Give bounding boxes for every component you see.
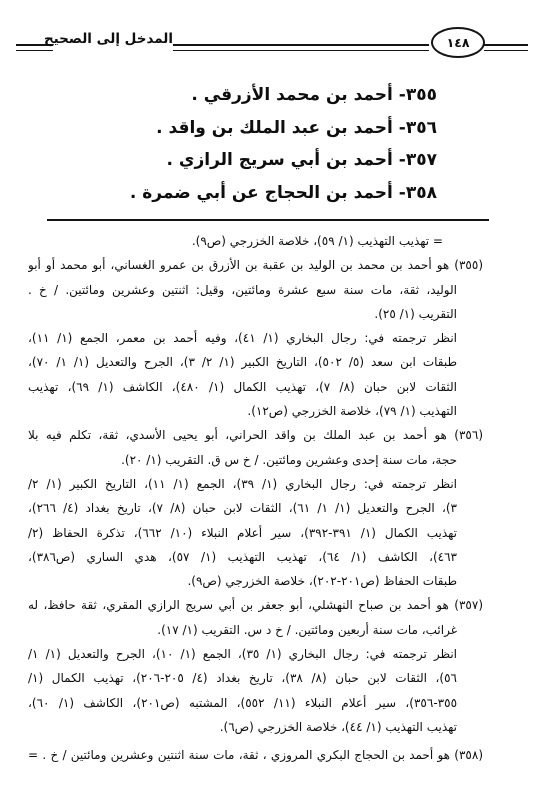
footnote-line: (٣٥٨) هو أحمد بن الحجاج البكري المروزي ،… xyxy=(28,743,483,767)
footnote-line: انظر ترجمته في: رجال البخاري (١/ ٣٥)، ال… xyxy=(28,642,457,666)
footnote-line: ٣)، الجرح والتعديل (١/ ١/ ٦١)، الثقات لا… xyxy=(28,496,457,520)
footnote-line: (٣٥٧) هو أحمد بن صباح النهشلي، أبو جعفر … xyxy=(28,593,483,617)
book-title: المدخل إلى الصحيح xyxy=(53,31,173,47)
header-rule-middle xyxy=(173,44,429,51)
entry-line: ٣٥٥- أحمد بن محمد الأزرقي . xyxy=(60,79,437,112)
footnote-separator xyxy=(47,219,489,221)
footnote-line: تهذيب الكمال (١/ ٣٩١-٣٩٢)، سير أعلام الن… xyxy=(28,521,457,545)
footnote-line: (٣٥٦) هو أحمد بن عبد الملك بن واقد الحرا… xyxy=(28,423,483,447)
footnote-line: انظر ترجمته في: رجال البخاري (١/ ٣٩)، ال… xyxy=(28,472,457,496)
page-number: ١٤٨ xyxy=(447,35,470,50)
entry-line: ٣٥٨- أحمد بن الحجاج عن أبي ضمرة . xyxy=(60,177,437,210)
footnote-line: التهذيب (١/ ٧٩)، خلاصة الخزرجي (ص١٢). xyxy=(28,399,457,423)
footnote-line: غرائب، مات سنة أربعين ومائتين. / خ د س. … xyxy=(28,618,457,642)
footnotes: = تهذيب التهذيب (١/ ٥٩)، خلاصة الخزرجي (… xyxy=(28,229,483,768)
entry-line: ٣٥٦- أحمد بن عبد الملك بن واقد . xyxy=(60,112,437,145)
footnote-line: طبقات الحفاظ (ص٢٠١-٢٠٢)، خلاصة الخزرجي (… xyxy=(28,569,457,593)
footnote-line: انظر ترجمته في: رجال البخاري (١/ ٤١)، وف… xyxy=(28,326,457,350)
footnote-line: ٥٦)، الثقات لابن حبان (٨/ ٣٨)، تاريخ بغد… xyxy=(28,666,457,690)
footnote-line: التقريب (١/ ٢٥). xyxy=(28,302,457,326)
footnote-line: = تهذيب التهذيب (١/ ٥٩)، خلاصة الخزرجي (… xyxy=(28,229,443,253)
footnote-line: حجة، مات سنة إحدى وعشرين ومائتين. / خ س … xyxy=(28,448,457,472)
footnote-line: الوليد، ثقة، مات سنة سبع عشرة ومائتين، و… xyxy=(28,278,457,302)
footnote-line: تهذيب التهذيب (١/ ٤٤)، خلاصة الخزرجي (ص٦… xyxy=(28,715,457,739)
footnote-line: الثقات لابن حبان (٨/ ٧)، تهذيب الكمال (١… xyxy=(28,375,457,399)
header-rule-right xyxy=(484,44,528,51)
footnote-line: (٣٥٥) هو أحمد بن محمد بن الوليد بن عقبة … xyxy=(28,253,483,277)
entry-line: ٣٥٧- أحمد بن أبي سريج الرازي . xyxy=(60,144,437,177)
footnote-line: ٣٥٥-٣٥٦)، سير أعلام النبلاء (١١/ ٥٥٢)، ا… xyxy=(28,691,457,715)
page-number-badge: ١٤٨ xyxy=(431,27,485,58)
footnote-line: ٤٦٣)، الكاشف (١/ ٦٤)، تهذيب التهذيب (١/ … xyxy=(28,545,457,569)
footnote-line: طبقات ابن سعد (٥/ ٥٠٢)، التاريخ الكبير (… xyxy=(28,350,457,374)
entries-list: ٣٥٥- أحمد بن محمد الأزرقي .٣٥٦- أحمد بن … xyxy=(60,79,437,209)
book-page: المدخل إلى الصحيح ١٤٨ ٣٥٥- أحمد بن محمد … xyxy=(0,0,535,812)
